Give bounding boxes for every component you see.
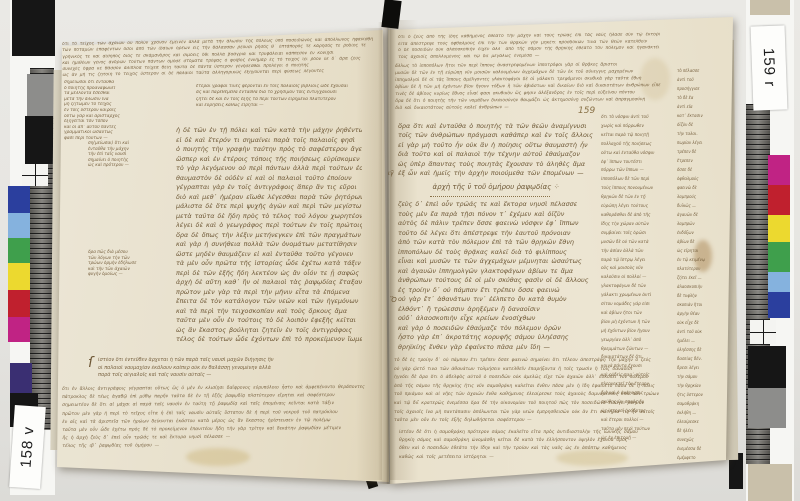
script-line: ὡς ὑπὲρ ἅπαντας τοὺς ποιητὰς ἔχουσαν τὸ … <box>398 160 594 169</box>
script-line: ἐφ᾽ ἵππων τουτέστι <box>601 158 673 167</box>
script-line: μάλιστα δὲ ὅτε περὶ ψυχῆς ἀγὼν καὶ περὶ … <box>176 202 362 212</box>
color-patch-black-right <box>748 346 786 388</box>
right-main-lower: ζεὺς δ᾽ ἐπεὶ οὖν τρῶάς τε καὶ ἕκτορα νηυ… <box>398 200 594 353</box>
script-line: ὡς εἴρηται <box>677 246 723 255</box>
script-line: ὀϊζὺν δὲ <box>677 120 723 129</box>
script-line: δὲ τυφλὴν <box>677 291 723 300</box>
script-line: αὐτὸς δὲ πάλιν τρέπεν ὄσσε φαεινὼ νόσφιν… <box>398 219 594 229</box>
script-line: τὸ γὰρ λεγόμενον οὐ περὶ πάντων ἀλλὰ περ… <box>176 164 362 174</box>
script-line: τοῦ πριάμου καὶ αἱ νῆες τῶν ἀχαιῶν ἔνθα … <box>394 391 706 400</box>
left-top-scholia: ὅτι τὸ τεῖχος τῶν ἀχαιῶν οὐ πολὺν χρόνον… <box>62 37 385 80</box>
color-patch-light-blue-right <box>768 272 790 292</box>
script-line: διὸ καὶ δικαιοτάτους αὐτοὺς καλεῖ ἀνθρώπ… <box>395 103 687 112</box>
script-line: οὐκ εἶχε δὲ <box>677 318 723 327</box>
script-line: ἔπειτα δὲ τὸν κατάλογον τῶν νεῶν καὶ τῶν… <box>176 297 362 307</box>
script-line: οὐδ᾽ ἀλαοσκοπιὴν εἶχε κρείων ἐνοσίχθων <box>398 314 594 324</box>
script-line: τὴν ταλαι- <box>677 129 723 138</box>
script-line: προσήγγισε <box>677 84 723 93</box>
script-line: πλατύτερον <box>677 264 723 273</box>
color-patch-violet <box>10 363 32 393</box>
script-line: πωρίαν λέγει <box>677 138 723 147</box>
script-line: τὸ πέλασσε <box>677 66 723 75</box>
script-line: κατ᾽ ἔκτασιν <box>677 111 723 120</box>
script-line: τοῖς τῶν ἀνθρώπων πράγμασι καθάπερ καὶ ἐ… <box>398 131 594 140</box>
script-line: ἀπὸ τῆς σάμου τῆς θρῃκίης ἥτις νῦν σαμοθ… <box>394 383 706 392</box>
script-line: ἠμέλει — <box>677 336 723 345</box>
script-line: καὶ τῷ διῒ κρατερῶς ἐνεμέσσα ὅρα δὲ τὴν … <box>394 400 706 409</box>
script-line: ἀρχὴ δὲ αὕτη καθ᾽ ἣν οἱ παλαιοὶ τὰς ῥαψῳ… <box>176 278 362 288</box>
script-line: ὥστε μηδὲν θαυμάζειν εἰ καὶ ἐνταῦθα τοῦτ… <box>176 250 362 260</box>
script-line: παρὰ τοῖς αἰγιαλοῖς καὶ ταῖς ναυσὶν αὐτα… <box>98 372 348 380</box>
folio-number-handwritten: 159 <box>578 106 595 116</box>
script-line: ὅρα δὲ ὅπως τὴν λέξιν μετήνεγκεν ἐπὶ τῶν… <box>176 231 362 241</box>
registration-cross-icon <box>22 164 48 186</box>
color-patch-red-right <box>768 185 790 215</box>
script-line: εἶναι καὶ μυσῶν τε τῶν ἀγχεμάχων μέμνητα… <box>398 257 594 267</box>
script-line: μετὰ ταῦτα δὲ ἤδη πρὸς τὸ τέλος τοῦ λόγο… <box>176 212 362 222</box>
script-line: πολλαχοῦ τῆς ποιήσεως <box>601 140 673 149</box>
script-line: ἴδης τὴν χώραν αὐτῶν <box>601 220 673 229</box>
script-line: διὰ τοῦτο καὶ οἱ παλαιοὶ τὴν τέχνην αὐτο… <box>398 150 594 159</box>
script-line: γεωργίαν ἀλλ᾽ ἀπὸ <box>601 336 673 345</box>
script-line: γέγραπται γὰρ ἐν τοῖς ἀντιγράφοις ἅπερ ἄ… <box>176 183 362 193</box>
script-line: καὶ γὰρ ἡ συνήθεια πολλὰ τῶν ὀνομάτων με… <box>176 240 362 250</box>
script-line: κεῖται παρὰ τῷ ποιητῇ <box>601 131 673 140</box>
script-line: ἱπποπόλων δὲ τῶν περὶ <box>601 175 673 184</box>
script-line: πρῶτον μὲν γὰρ τὰ περὶ τὴν μῆνιν εἶτα τὰ… <box>176 288 362 298</box>
script-line: τοὺς μὲν ἔα παρὰ τῇσι πόνον τ᾽ ἐχέμεν κα… <box>398 210 594 220</box>
script-line: θρηϊκίης ἔνθεν γὰρ ἐφαίνετο πᾶσα μὲν ἴδη… <box>398 343 594 353</box>
color-patch-yellow <box>8 263 30 290</box>
script-line: ἰστέον ὅτι ἐντεῦθεν ἄρχεται ἡ τῶν παρὰ τ… <box>98 357 348 365</box>
script-line: διὸ καὶ μεθ᾽ ἡμέραν εἴωθε λέγεσθαι παρὰ … <box>176 193 362 203</box>
script-line: σίτου νομάδες γάρ εἰσι <box>601 300 673 309</box>
script-line: γάλακτι χρωμένων ἀντὶ <box>601 291 673 300</box>
script-line: ἀπὸ τῶν κατὰ τὸν πόλεμον ἐπὶ τὰ τῶν θρῃκ… <box>398 238 594 248</box>
right-main-upper: ὅρα ὅτι καὶ ἐνταῦθα ὁ ποιητὴς τὰ τῶν θεῶ… <box>398 122 594 180</box>
script-line: ἡ δὲ τῶν ἐν τῇ πόλει καὶ τῶν κατὰ τὴν μά… <box>176 126 362 136</box>
script-line: ἐξ ὧν καὶ ἡμεῖς τὴν ἀρχὴν ποιούμεθα τῶν … <box>398 169 594 178</box>
left-bottom-scholia: ὅτι ἐν ἄλλοις ἀντιγράφοις γέγραπται οὕτω… <box>62 384 386 452</box>
script-line: ζεὺς δ᾽ ἐπεὶ οὖν τρῶάς τε καὶ ἕκτορα νηυ… <box>398 200 594 210</box>
script-line: οὓς καὶ μοισοὺς νῦν <box>601 264 673 273</box>
bookmark-ribbon-top <box>381 0 401 29</box>
script-line: δυϊκῶς — <box>677 201 723 210</box>
rhapsody-heading: ἀρχὴ τῆς ν̄ τοῦ ὁμήρου ῥαψῳδίας ⁘ <box>406 183 586 194</box>
script-line: βίαν μὴ ἐχόντων ἢ τῶν <box>601 318 673 327</box>
right-bottom-scholia-2: ἰστέον δὲ ὅτι ἡ σαμοθρᾴκη πρότερον σάμος… <box>399 429 699 463</box>
script-line: ταῦτα μὲν οὖν ἐν τοῖς ἑξῆς δηλωθήσεται σ… <box>394 417 706 426</box>
script-line: περὶ δὲ τῶν ἑξῆς ἤδη λεκτέον ὡς ἂν οἷόν … <box>176 269 362 279</box>
script-line: καὶ ἀγαυῶν ἱππημολγῶν γλακτοφάγων ἀβίων … <box>398 267 594 277</box>
script-line: τὰ μὲν οὖν πρῶτα τῆς ἱστορίας ὧδε ἐχέτω … <box>176 259 362 269</box>
script-line: καὶ τὰ περὶ τὴν τειχοσκοπίαν καὶ τοὺς ὅρ… <box>176 307 362 317</box>
script-line: θρῃκῶν δὲ τῶν ἐν τῇ <box>601 193 673 202</box>
color-patch-dark-blue-right <box>768 292 790 318</box>
script-line: ἀλαοσκοπιὴν <box>677 282 723 291</box>
script-line: τέλος τῆς ιβ᾽ ῥαψῳδίας τοῦ ὁμήρου — <box>62 441 386 451</box>
script-line: ἧστο γὰρ ἐπ᾽ ἀκροτάτης κορυφῆς σάμου ὑλη… <box>398 333 594 343</box>
script-line: γλακτοφάγων δὲ τῶν <box>601 282 673 291</box>
script-line: φυγὴν ὁμοίως — <box>88 271 172 277</box>
script-line: μυσῶν δὲ οὐ τῶν κατὰ <box>601 238 673 247</box>
script-line: καθὼς καὶ τοῖς μετέπειτα ἱστόρηται — <box>399 454 699 462</box>
script-line: τοῦτο δὲ λέγει ὅτι ἀπέστρεψε τὴν ἑαυτοῦ … <box>398 229 594 239</box>
script-line: ὄσσε δὲ <box>677 165 723 174</box>
heading-flourish <box>430 196 550 197</box>
script-line: τοῖς ἀχαιοῖς ἵνα μὴ παντάπασιν ἀπόλωνται… <box>394 409 706 418</box>
script-line: ἰστέον δὲ ὅτι ἡ σαμοθρᾴκη πρότερον σάμος… <box>399 429 699 437</box>
script-line: καὶ γὰρ ὁ ποσειδῶν ἐθαύμαζε τὸν πόλεμον … <box>398 324 594 334</box>
color-patch-light-blue <box>8 213 30 238</box>
script-line: οὐ γὰρ ἔτ᾽ ἀθανάτων τιν᾽ ἐέλπετο ὃν κατὰ… <box>398 295 594 305</box>
script-line: ἀντὶ εἴα <box>677 102 723 111</box>
script-line: ἀντὶ τοῦ οὐκ <box>677 327 723 336</box>
script-line: θρεμμάτων ζώντων — <box>601 345 673 354</box>
color-patch-black <box>25 116 53 164</box>
script-line: ὀφθαλμούς <box>677 174 723 183</box>
script-line: οὕτω καὶ ἐνταῦθα νόσφιν <box>601 149 673 158</box>
color-patch-gray-right <box>748 388 786 428</box>
script-line: ἔτρεπεν <box>677 156 723 165</box>
script-line: μὴ ἐχόντων βίον ἤγουν <box>601 327 673 336</box>
script-line: καὶ ἀβίων ἤτοι τῶν <box>601 309 673 318</box>
script-line: ἀγαυῶν δὲ <box>677 210 723 219</box>
folio-label-159r: 159 r <box>751 25 788 110</box>
right-bottom-scholia-1: τὸ δὲ ἐς τροίην δ᾽ οὐ πάμπαν ἔτι τρέπεν … <box>394 357 706 427</box>
script-line: λαμπρούς <box>677 192 723 201</box>
script-line: χωρὶς καὶ πόρρωθεν <box>601 122 673 131</box>
script-line: καλοῦσιν οἱ πολλοί — <box>601 273 673 282</box>
script-line: τοὺς ἵππους πονουμένων <box>601 184 673 193</box>
script-line: ὅθεν καὶ ὁ ποσειδῶν ἐθεᾶτο τὴν ἴδην καὶ … <box>399 445 699 453</box>
scholia-brace-mark: ſ <box>88 355 93 371</box>
script-line: λέγει δὲ καὶ ὁ γεωγράφος περὶ τούτων ἐν … <box>176 221 362 231</box>
script-line: καθορᾶσθαι δὲ ἀπὸ τῆς <box>601 211 673 220</box>
color-patch-magenta <box>8 317 30 342</box>
script-line: ὡς καὶ πρότερον — <box>88 162 172 168</box>
color-patch-dark-blue <box>8 186 30 213</box>
script-line: ἀντὶ τοῦ <box>677 75 723 84</box>
script-line: ὁ ποιητὴς τὴν γραφὴν ταύτην πρὸς τὸ σαφέ… <box>176 145 362 155</box>
color-patch-red <box>8 290 30 317</box>
script-line: σκοπιάν ἤτοι <box>677 300 723 309</box>
folio-label-158v: 158 v <box>9 405 46 489</box>
script-line: ὡς ἂν ἕκαστος βούληται ζητεῖν ἐν τοῖς ἀν… <box>176 326 362 336</box>
script-line: φαεινὼ δὲ <box>677 183 723 192</box>
color-patch-green-right <box>768 242 790 272</box>
left-sub-scholia: ἰστέον ὅτι ἐντεῦθεν ἄρχεται ἡ τῶν παρὰ τ… <box>98 357 348 381</box>
script-line: συμβαίνει τοῖς ὁρῶσι <box>601 229 673 238</box>
script-line: ἀβίων δὲ <box>677 237 723 246</box>
script-line: θαυμαστὸν δὲ οὐδὲν εἰ καὶ οἱ παλαιοὶ τοῦ… <box>176 174 362 184</box>
color-patch-yellow-right <box>768 215 790 242</box>
color-patch-magenta-right <box>768 155 790 185</box>
script-line: εἰ δὲ καὶ ἕτερόν τι σημαίνει παρὰ τοῖς π… <box>176 136 362 146</box>
script-line: καὶ εὑρήσεις καθὼς εἴρηται — <box>196 103 384 109</box>
script-line: τὴν ἀσίαν ἀλλὰ τῶν <box>601 247 673 256</box>
rhapsody-heading-text: ἀρχὴ τῆς ν̄ τοῦ ὁμήρου ῥαψῳδίας ⁘ <box>406 183 586 191</box>
left-margin-note-2: ὅρα πῶς διὰ μέσουτῶν λόγων τὴν τῶντρώων … <box>88 249 172 278</box>
script-line: ὑληέσσης δὲ <box>677 345 723 354</box>
script-line: ὅρα ὅτι καὶ ἐνταῦθα ὁ ποιητὴς τὰ τῶν θεῶ… <box>398 122 594 131</box>
paragraph-mark-2: Ὅ <box>390 296 397 304</box>
script-line: τὸ δὲ ἔα <box>677 93 723 102</box>
script-line: ἐνδόξων <box>677 228 723 237</box>
script-line: τὸ δὲ ἐς τροίην δ᾽ οὐ πάμπαν ἔτι τρέπεν … <box>394 357 706 366</box>
manuscript-scan: 158 v 159 r ὅτι τὸ τεῖχος τῶν ἀχαιῶν οὐ … <box>0 0 800 501</box>
script-line: οὐ γὰρ ᾤετό τινα τῶν ἀθανάτων τολμήσειν … <box>394 366 706 375</box>
script-line: ἀργὴν θέαν <box>677 309 723 318</box>
registration-cross-icon-right <box>750 320 776 344</box>
script-line: οἱ παλαιοὶ ναυμαχίαν ἐκάλουν καίπερ οὐκ … <box>98 365 348 373</box>
left-main-text: ἡ δὲ τῶν ἐν τῇ πόλει καὶ τῶν κατὰ τὴν μά… <box>176 126 362 346</box>
script-line: θρῃκίη σάμος καὶ σαμοθρᾴκη ὠνομάσθη κεῖτ… <box>399 437 699 445</box>
color-patch-beige-bottom <box>748 464 792 501</box>
script-line: ἐς τροίην δ᾽ οὐ πάμπαν ἔτι τρέπεν ὄσσε φ… <box>398 286 594 296</box>
script-line: ζήτει ἐκεῖ — <box>677 273 723 282</box>
folio-label-158v-text: 158 v <box>18 426 38 469</box>
folio-label-159r-text: 159 r <box>760 48 778 88</box>
script-line: ἐλθόντ᾽ ἢ τρώεσσιν ἀρηξέμεν ἢ δαναοῖσιν <box>398 305 594 315</box>
left-mid-scholia: ἕτεραι γραφαί τινες φέρονται ἐν τοῖς παλ… <box>196 84 384 110</box>
script-line: τέλος δὲ τούτων ὧδε ἐχόντων ἐπὶ τὸ προκε… <box>176 335 362 345</box>
script-line: ἀνθρώπων τούτους δὲ οἱ μὲν σκύθας φασὶν … <box>398 276 594 286</box>
script-line: ὥσπερ καὶ ἐν ἑτέροις τόποις τῆς ποιήσεως… <box>176 155 362 165</box>
script-line: ἐν τῷ κειμένῳ <box>677 255 723 264</box>
color-patch-black-top <box>12 0 55 56</box>
left-margin-column: σημείωσαι ὅτι ἐνταῦθαὁ ποιητὴς προαναφων… <box>64 80 176 142</box>
script-line: ἠγνόει δὲ ἄρα ὅτι ὁ ἀδελφὸς αὐτοῦ ὁ ποσε… <box>394 374 706 383</box>
right-top-scholia: ὅτι ὁ ζεὺς ἀπὸ τῆς ἴδης καθήμενος ἐθεᾶτο… <box>398 32 728 62</box>
color-patch-green <box>8 238 30 263</box>
script-line: εὐρώπῃ λέγει τούτους <box>601 202 673 211</box>
script-line: λαμπρῶν <box>677 219 723 228</box>
script-line: ταῦτα μὲν οὖν ἐν τούτοις τὸ δὲ λοιπὸν ἐφ… <box>176 316 362 326</box>
right-second-scholia: ἄλλως τὸ ἱπποπόλων ἤτοι τῶν περὶ ἵππους … <box>395 61 687 113</box>
script-line: ὅτι τὸ νόσφιν ἀντὶ τοῦ <box>601 113 673 122</box>
paragraph-mark-book13: ιγ̃ <box>388 170 394 177</box>
color-patch-beige-top <box>750 0 790 15</box>
script-line: εἰ γὰρ μὴ τοῦτο ἦν οὐκ ἂν ἡ ποίησις οὕτω… <box>398 141 594 150</box>
script-line: παρὰ τῷ ἴστρῳ λέγει <box>601 256 673 265</box>
script-line: τρέπεν δὲ <box>677 147 723 156</box>
left-margin-note-1: ση(μείωσαι) ὅτι καὶἐνταῦθα τὴν μάχηντὴν … <box>88 140 172 169</box>
script-line: ἱπποπόλων δὲ τοὺς θρᾷκας καλεῖ διὰ τὸ φι… <box>398 248 594 258</box>
script-line: πόρρω τῶν ἵππων — <box>601 166 673 175</box>
